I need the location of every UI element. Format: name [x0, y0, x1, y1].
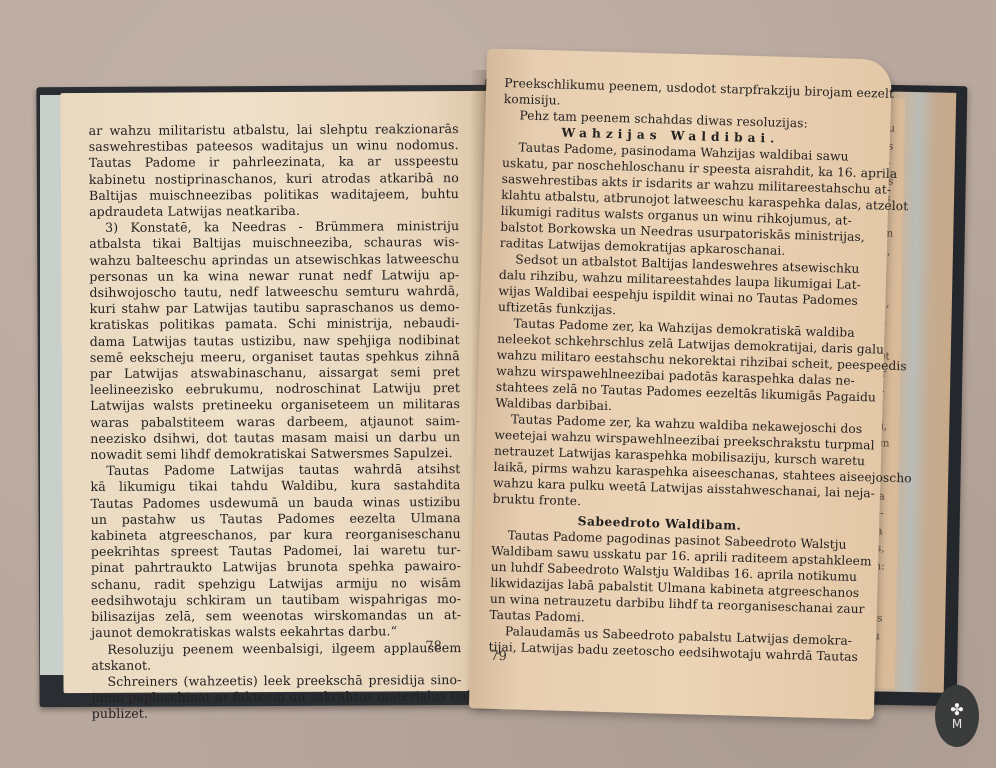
- text-line: un pastahw us Tautas Padomes eezelta Ulm…: [91, 510, 461, 528]
- text-line: par Latwijas atswabinaschanu, aissargat …: [90, 364, 460, 382]
- text-line: Baltijas muischneezibas politikas wadita…: [89, 186, 459, 204]
- text-line: atskanot.: [91, 656, 461, 674]
- photo-scene: ziguhzisasi-mespustaseemibu,oli-ibajim,h…: [0, 0, 996, 768]
- text-line: ar wahzu militaristu atbalstu, lai slehp…: [89, 121, 459, 139]
- text-line: leelineezisko eebrukumu, nodroschinat La…: [90, 380, 460, 398]
- text-line: dsihwojoscho tautu, nedf latweeschu semt…: [89, 283, 459, 301]
- text-line: kabinetu nostiprinaschanos, kuri atrodas…: [89, 170, 459, 188]
- left-page-text: ar wahzu militaristu atbalstu, lai slehp…: [89, 121, 462, 722]
- left-page: ar wahzu militaristu atbalstu, lai slehp…: [60, 91, 493, 693]
- page-number-right: 79: [490, 649, 507, 664]
- watermark-letters: M: [952, 718, 962, 730]
- text-line: neezisko dsihwi, dot tautas masam maisi …: [90, 429, 460, 447]
- text-line: Tautas Padomes usdewumā un bauda winas u…: [91, 494, 461, 512]
- text-line: eedsihwotaju schkiram un tautibam wispah…: [91, 591, 461, 609]
- text-line: waras pabalstiteem waras darbeem, atjaun…: [90, 413, 460, 431]
- right-page: Preekschlikumu peenem, usdodot starpfrak…: [469, 48, 892, 719]
- text-line: wahzu balteeschu aprindas un atsewischka…: [89, 251, 459, 269]
- text-line: semē eekscheju meeru, organiset tautas s…: [90, 348, 460, 366]
- text-line: nowadit semi lihdf demokratiskai Satwers…: [90, 445, 460, 463]
- watermark-logo: ✤ M: [935, 685, 979, 747]
- text-line: apdraudeta Latwijas neatkariba.: [89, 202, 459, 220]
- text-line: Latwijas walsts pretineeku organiseteem …: [90, 396, 460, 414]
- text-line: dama Latwijas tautas ustizibu, naw spehj…: [90, 332, 460, 350]
- text-line: Schreiners (wahzeetis) leek preekschā pr…: [91, 672, 461, 690]
- text-line: kā likumigu tikai tahdu Waldibu, kura sa…: [90, 478, 460, 496]
- text-line: pinat pahrtraukto Latwijas brunota spehk…: [91, 559, 461, 577]
- text-line: personas un ka wina newar runat nedf Lat…: [89, 267, 459, 285]
- text-line: Tautas Padome ir pahrleezinata, ka ar us…: [89, 153, 459, 171]
- text-line: atbalsta tikai Baltijas muischneeziba, s…: [89, 234, 459, 252]
- page-number-left: 78: [425, 639, 442, 654]
- text-line: kratiskas politikas pamata. Schi ministr…: [90, 315, 460, 333]
- text-line: publizet.: [92, 704, 462, 722]
- text-line: kabineta atgreeschanos, par kura reorgan…: [91, 526, 461, 544]
- text-line: 3) Konstatē, ka Needras - Brümmera minis…: [89, 218, 459, 236]
- text-line: bilisazijas zelā, sem weenotas wirskoman…: [91, 607, 461, 625]
- text-line: kuri stahw par Latwijas tautibu saprasch…: [90, 299, 460, 317]
- text-line: jumu paplaschinat ar fakteem un sakrahto…: [92, 688, 462, 706]
- text-line: Tautas Padome Latwijas tautas wahrdā ats…: [90, 461, 460, 479]
- flower-icon: ✤: [950, 702, 963, 718]
- text-line: Resoluziju peenem weenbalsigi, ilgeem ap…: [91, 640, 461, 658]
- text-line: schanu, radit spehzigu Latwijas armiju n…: [91, 575, 461, 593]
- text-line: peekrihtas spreest Tautas Padomei, lai w…: [91, 542, 461, 560]
- text-line: jaunot demokratiskas walsts eekahrtas da…: [91, 623, 461, 641]
- text-line: saswehrestibas pateesos waditajus un win…: [89, 137, 459, 155]
- right-page-text: Preekschlikumu peenem, usdodot starpfrak…: [488, 75, 839, 664]
